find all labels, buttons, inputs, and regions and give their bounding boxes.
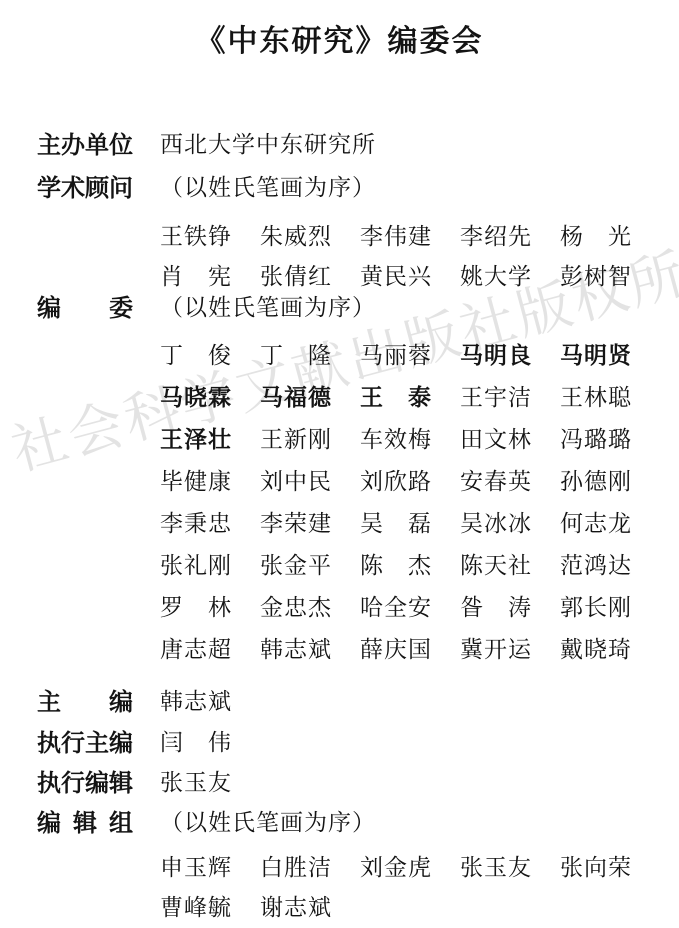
- advisors-name-grid: 王铁铮朱威烈李伟建李绍先杨 光肖 宪张倩红黄民兴姚大学彭树智: [160, 218, 660, 298]
- member-name: 张礼刚: [160, 547, 260, 580]
- member-name: 冀开运: [460, 631, 560, 664]
- member-name: 白胜洁: [260, 849, 360, 882]
- executive-chief-editor-row: 执行主编 闫 伟: [37, 729, 232, 759]
- member-name: 王新刚: [260, 421, 360, 454]
- member-name: 哈全安: [360, 589, 460, 622]
- editorial-team-sort-note: （以姓氏笔画为序）: [160, 809, 376, 838]
- name-row: 李秉忠李荣建吴 磊吴冰冰何志龙: [160, 505, 660, 547]
- board-label: 编 委: [37, 294, 160, 324]
- member-name: 郭长刚: [560, 589, 660, 622]
- member-name: 何志龙: [560, 505, 660, 538]
- executive-editor-label: 执行编辑: [37, 769, 160, 799]
- editorial-team-name-grid: 申玉辉白胜洁刘金虎张玉友张向荣曹峰毓谢志斌: [160, 849, 660, 928]
- organizer-label: 主办单位: [37, 131, 160, 161]
- member-name: 刘欣路: [360, 463, 460, 496]
- member-name: 昝 涛: [460, 589, 560, 622]
- member-name: 刘金虎: [360, 849, 460, 882]
- chief-editor-row: 主 编 韩志斌: [37, 688, 232, 718]
- member-name: 张金平: [260, 547, 360, 580]
- member-name: 张玉友: [460, 849, 560, 882]
- member-name: 范鸿达: [560, 547, 660, 580]
- page: 社会科学文献出版社版权所有 《中东研究》编委会 主办单位 西北大学中东研究所 学…: [0, 0, 679, 928]
- member-name: 李伟建: [360, 218, 460, 251]
- name-row: 马晓霖马福德王 泰王宇洁王林聪: [160, 379, 660, 421]
- name-row: 申玉辉白胜洁刘金虎张玉友张向荣: [160, 849, 660, 889]
- member-name: 罗 林: [160, 589, 260, 622]
- member-name: 马丽蓉: [360, 337, 460, 370]
- member-name: 孙德刚: [560, 463, 660, 496]
- member-name: 王泽壮: [160, 421, 260, 454]
- member-name: 张倩红: [260, 258, 360, 291]
- member-name: 彭树智: [560, 258, 660, 291]
- member-name: 李绍先: [460, 218, 560, 251]
- editorial-team-label: 编 辑 组: [37, 809, 160, 839]
- member-name: 吴 磊: [360, 505, 460, 538]
- name-row: 罗 林金忠杰哈全安昝 涛郭长刚: [160, 589, 660, 631]
- board-name-grid: 丁 俊丁 隆马丽蓉马明良马明贤马晓霖马福德王 泰王宇洁王林聪王泽壮王新刚车效梅田…: [160, 337, 660, 673]
- member-name: 田文林: [460, 421, 560, 454]
- name-row: 毕健康刘中民刘欣路安春英孙德刚: [160, 463, 660, 505]
- member-name: 李荣建: [260, 505, 360, 538]
- member-name: 王林聪: [560, 379, 660, 412]
- member-name: 安春英: [460, 463, 560, 496]
- member-name: 曹峰毓: [160, 889, 260, 922]
- executive-editor-value: 张玉友: [160, 769, 232, 798]
- name-row: 肖 宪张倩红黄民兴姚大学彭树智: [160, 258, 660, 298]
- member-name: 唐志超: [160, 631, 260, 664]
- name-row: 张礼刚张金平陈 杰陈天社范鸿达: [160, 547, 660, 589]
- member-name: 肖 宪: [160, 258, 260, 291]
- member-name: 谢志斌: [260, 889, 360, 922]
- executive-editor-row: 执行编辑 张玉友: [37, 769, 232, 799]
- content: 《中东研究》编委会 主办单位 西北大学中东研究所 学术顾问 （以姓氏笔画为序） …: [0, 0, 679, 928]
- name-row: 王铁铮朱威烈李伟建李绍先杨 光: [160, 218, 660, 258]
- advisors-sort-note: （以姓氏笔画为序）: [160, 174, 376, 203]
- chief-editor-label: 主 编: [37, 688, 160, 718]
- member-name: 王宇洁: [460, 379, 560, 412]
- member-name: 陈天社: [460, 547, 560, 580]
- member-name: 王铁铮: [160, 218, 260, 251]
- advisors-row: 学术顾问 （以姓氏笔画为序）: [37, 174, 376, 204]
- executive-chief-editor-value: 闫 伟: [160, 729, 232, 758]
- member-name: 冯璐璐: [560, 421, 660, 454]
- member-name: 张向荣: [560, 849, 660, 882]
- member-name: 朱威烈: [260, 218, 360, 251]
- name-row: 丁 俊丁 隆马丽蓉马明良马明贤: [160, 337, 660, 379]
- organizer-row: 主办单位 西北大学中东研究所: [37, 131, 376, 161]
- member-name: 黄民兴: [360, 258, 460, 291]
- member-name: 车效梅: [360, 421, 460, 454]
- member-name: 陈 杰: [360, 547, 460, 580]
- organizer-value: 西北大学中东研究所: [160, 131, 376, 160]
- member-name: 毕健康: [160, 463, 260, 496]
- member-name: 韩志斌: [260, 631, 360, 664]
- member-name: 刘中民: [260, 463, 360, 496]
- chief-editor-value: 韩志斌: [160, 688, 232, 717]
- member-name: 戴晓琦: [560, 631, 660, 664]
- member-name: 姚大学: [460, 258, 560, 291]
- member-name: 马明贤: [560, 337, 660, 370]
- member-name: 丁 隆: [260, 337, 360, 370]
- name-row: 唐志超韩志斌薛庆国冀开运戴晓琦: [160, 631, 660, 673]
- board-sort-note: （以姓氏笔画为序）: [160, 294, 376, 323]
- member-name: 马明良: [460, 337, 560, 370]
- member-name: 马晓霖: [160, 379, 260, 412]
- page-title: 《中东研究》编委会: [0, 16, 679, 60]
- member-name: 申玉辉: [160, 849, 260, 882]
- executive-chief-editor-label: 执行主编: [37, 729, 160, 759]
- name-row: 王泽壮王新刚车效梅田文林冯璐璐: [160, 421, 660, 463]
- advisors-label: 学术顾问: [37, 174, 160, 204]
- editorial-team-row: 编 辑 组 （以姓氏笔画为序）: [37, 809, 376, 839]
- member-name: 吴冰冰: [460, 505, 560, 538]
- member-name: 王 泰: [360, 379, 460, 412]
- member-name: 金忠杰: [260, 589, 360, 622]
- board-row: 编 委 （以姓氏笔画为序）: [37, 294, 376, 324]
- member-name: 李秉忠: [160, 505, 260, 538]
- member-name: 杨 光: [560, 218, 660, 251]
- member-name: 薛庆国: [360, 631, 460, 664]
- member-name: 丁 俊: [160, 337, 260, 370]
- member-name: 马福德: [260, 379, 360, 412]
- name-row: 曹峰毓谢志斌: [160, 889, 660, 928]
